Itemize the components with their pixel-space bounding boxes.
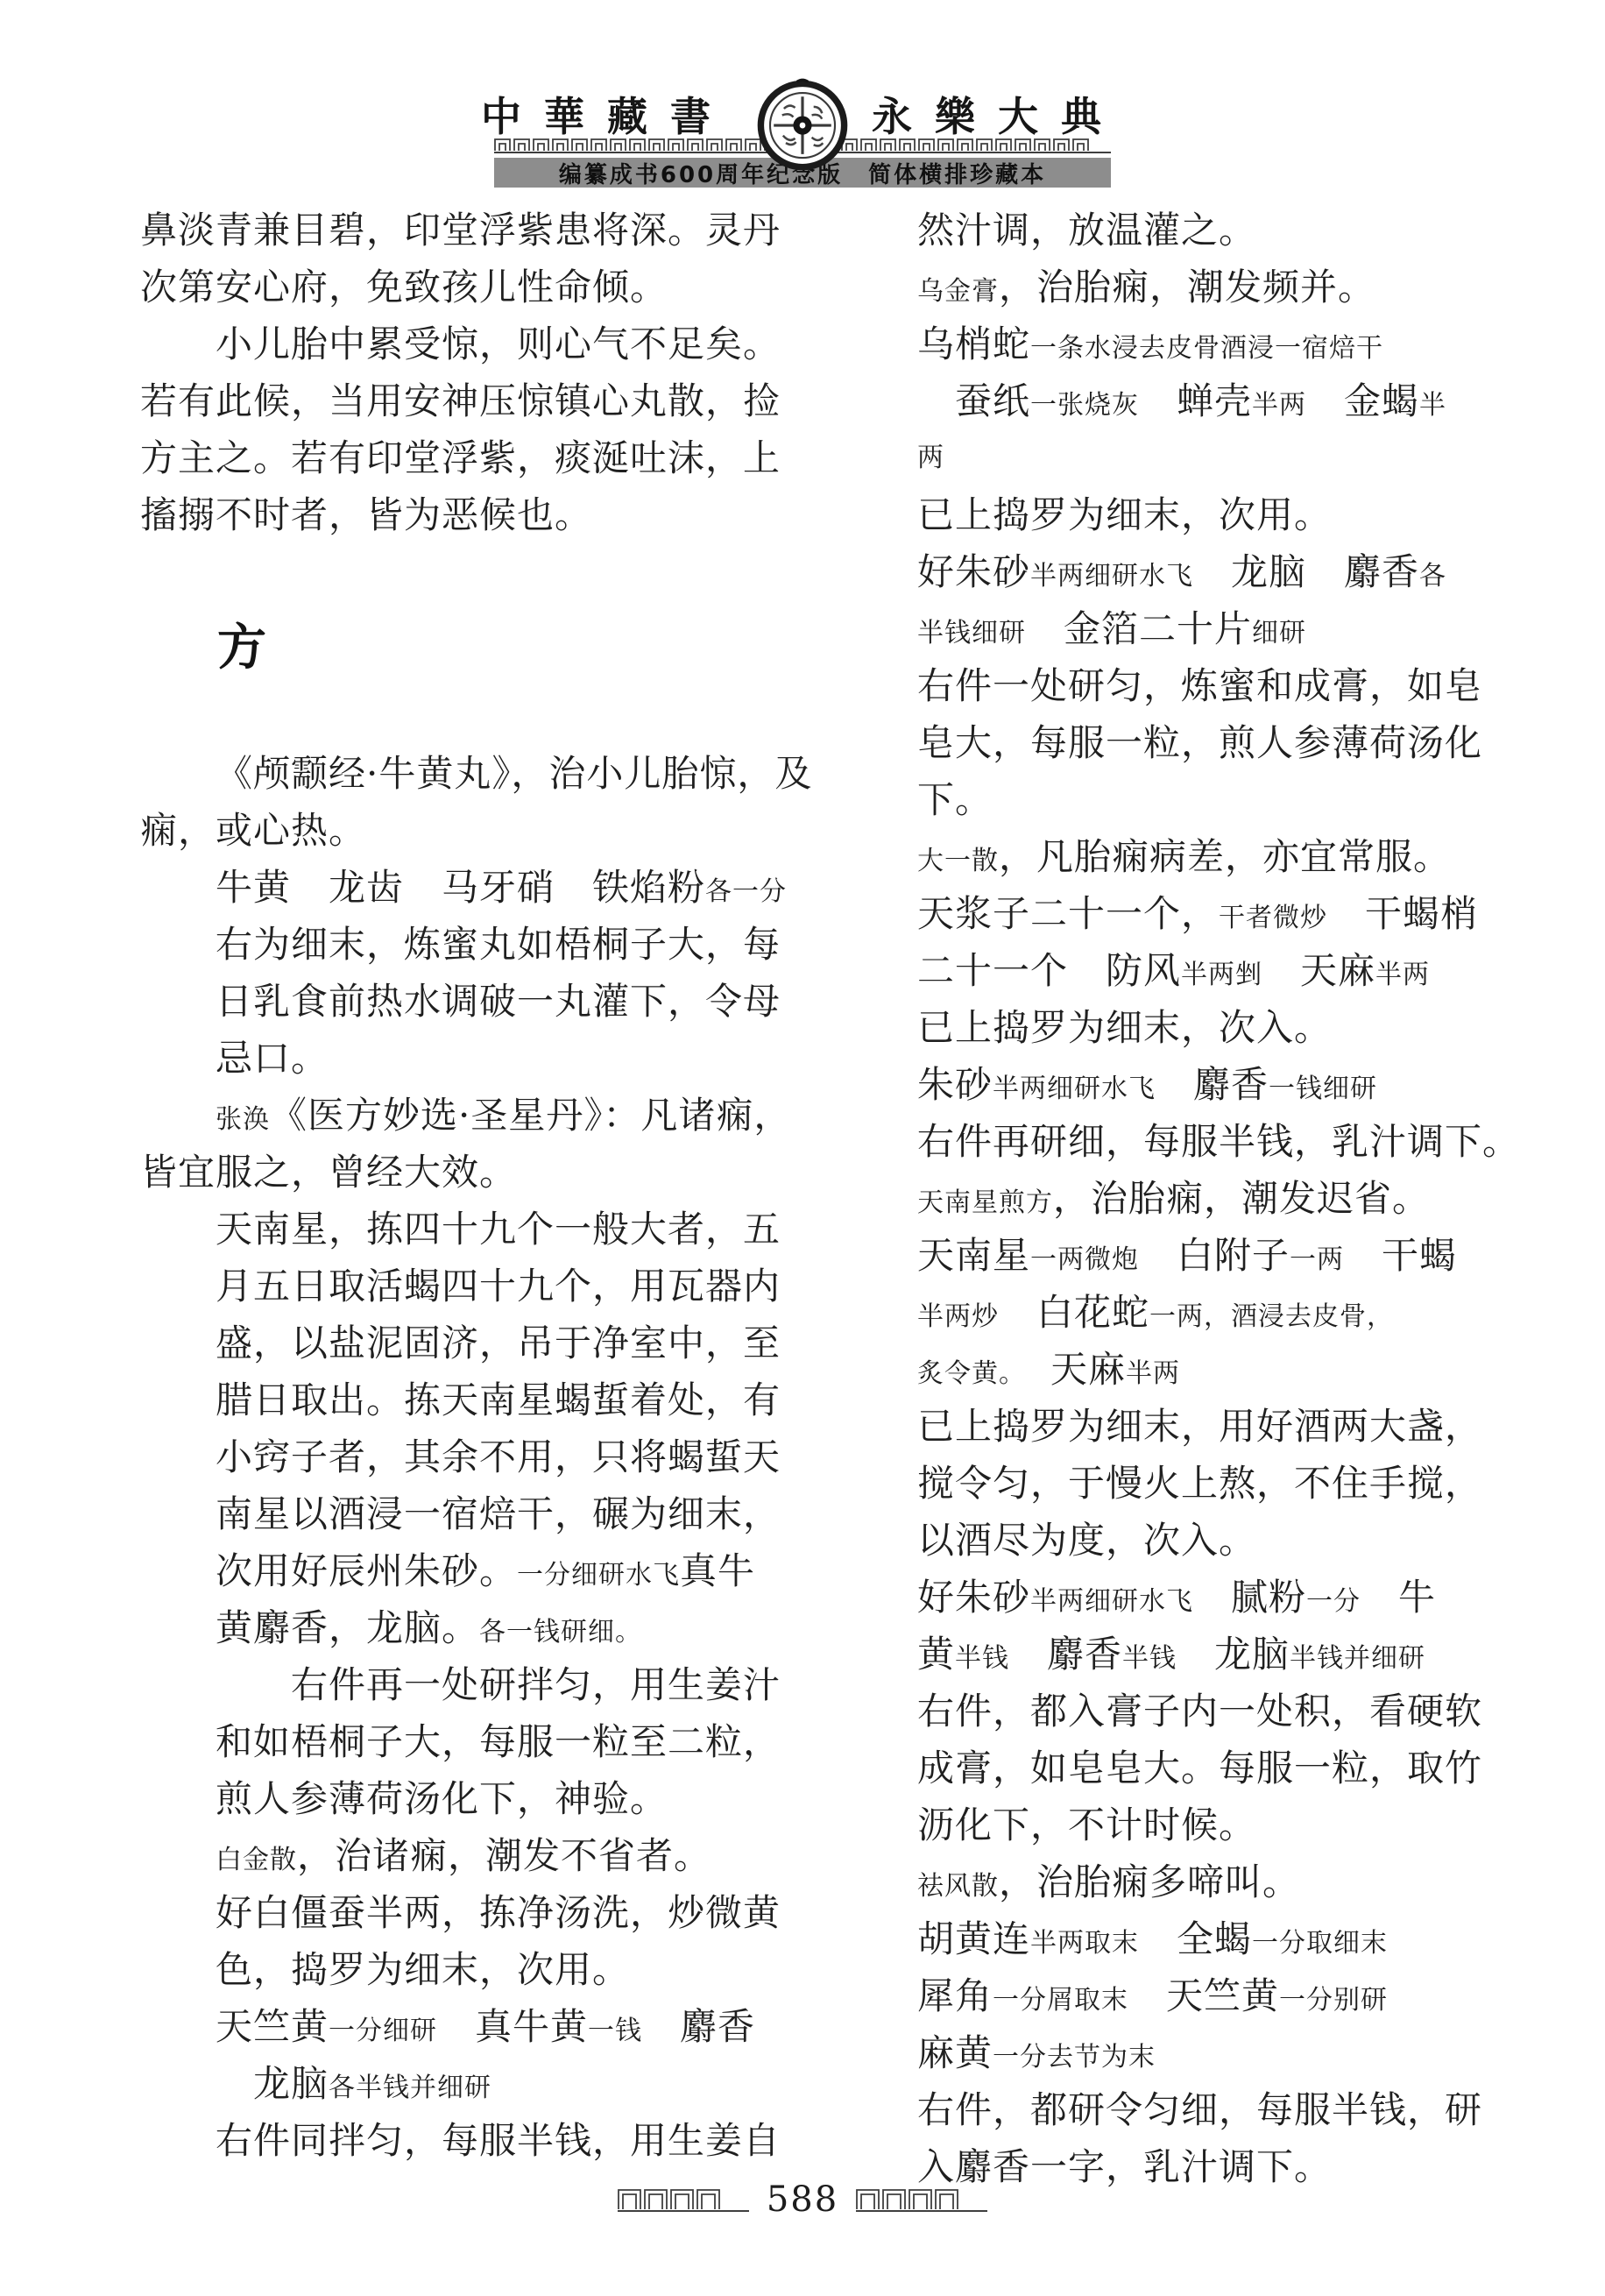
body-text: 牛黄 龙齿 马牙硝 铁焰粉 (216, 866, 705, 909)
annotation-text: 各半钱并细研 (329, 2073, 491, 2103)
annotation-text: 一分细研 (329, 2016, 437, 2046)
text-line: 朱砂半两细研水飞 麝香一钱细研 (917, 1056, 1506, 1113)
body-text: 搐搦不时者，皆为恶候也。 (140, 493, 592, 536)
body-text: 《医方妙选·圣星丹》：凡诸痫， (270, 1094, 791, 1137)
body-text: 南星以酒浸一宿焙干，碾为细末， (216, 1492, 781, 1535)
body-text: 麻黄 (917, 2031, 993, 2074)
text-line: 已上捣罗为细末，次用。 (917, 486, 1506, 543)
body-text: 好朱砂 (917, 550, 1030, 593)
body-text: 干蝎 (1344, 1234, 1457, 1277)
body-text: ，治诸痫，潮发不省者。 (297, 1834, 711, 1877)
text-line: 日乳食前热水调破一丸灌下，令母 (140, 973, 793, 1030)
body-text: 黄麝香，龙脑。 (216, 1606, 479, 1649)
text-line: 好朱砂半两细研水飞 龙脑 麝香各 (917, 543, 1506, 600)
body-text: 二十一个 防风 (917, 949, 1181, 992)
annotation-text: 半两炒 (917, 1301, 999, 1332)
text-line: 炙令黄。 天麻半两 (917, 1341, 1506, 1398)
page-footer: 588 (0, 2180, 1605, 2219)
body-text: 麝香 (1156, 1063, 1269, 1106)
text-line: 天南星煎方，治胎痫，潮发迟省。 (917, 1170, 1506, 1227)
body-text: 天竺黄 (1128, 1974, 1279, 2017)
text-line: 天南星，拣四十九个一般大者，五 (140, 1201, 793, 1258)
text-line: 两 (917, 429, 1506, 486)
body-text: 右件再一处研拌匀，用生姜汁 (291, 1663, 781, 1706)
text-line: 腊日取出。拣天南星蝎蜇着处，有 (140, 1371, 793, 1428)
body-text: 干蝎梢 (1327, 892, 1478, 935)
text-line: 张涣《医方妙选·圣星丹》：凡诸痫， (140, 1087, 793, 1144)
text-line: 已上捣罗为细末，次入。 (917, 999, 1506, 1056)
annotation-text: 半两剉 (1181, 960, 1262, 990)
text-line: 二十一个 防风半两剉 天麻半两 (917, 942, 1506, 999)
body-text: 天南星，拣四十九个一般大者，五 (216, 1208, 781, 1251)
text-column-right: 然汁调，放温灌之。乌金膏，治胎痫，潮发频并。乌梢蛇一条水浸去皮骨酒浸一宿焙干蚕纸… (917, 202, 1506, 2195)
annotation-text: 各 (1419, 561, 1446, 592)
annotation-text: 一分别研 (1279, 1985, 1388, 2016)
annotation-text: 各一分 (705, 876, 787, 907)
annotation-text: 一钱 (588, 2016, 642, 2046)
annotation-text: 细研 (1252, 618, 1306, 648)
body-text: ，治胎痫，潮发迟省。 (1053, 1177, 1430, 1220)
annotation-text: 半钱并细研 (1290, 1643, 1425, 1674)
body-text: 黄 (917, 1633, 955, 1676)
text-line: 煎人参薄荷汤化下，神验。 (140, 1770, 793, 1827)
annotation-text: 一分 (1306, 1586, 1361, 1617)
body-text: 腻粉 (1193, 1576, 1306, 1619)
annotation-text: 大一散 (917, 846, 999, 876)
body-text: 若有此候，当用安神压惊镇心丸散，捡 (140, 379, 781, 422)
body-text: 蝉壳 (1139, 379, 1252, 422)
text-line: 右件再研细，每服半钱，乳汁调下。 (917, 1113, 1506, 1170)
text-line: 犀角一分屑取末 天竺黄一分别研 (917, 1967, 1506, 2024)
body-text: 右为细末，炼蜜丸如梧桐子大，每 (216, 923, 781, 966)
text-line: 小儿胎中累受惊，则心气不足矣。 (140, 315, 793, 372)
body-text: ，凡胎痫病差，亦宜常服。 (999, 835, 1451, 878)
body-text: 皂大，每服一粒，煎人参薄荷汤化 (917, 721, 1482, 764)
book-header: 中華藏書 永樂大典 (0, 83, 1605, 180)
text-line: 搅令匀，于慢火上熬，不住手搅， (917, 1455, 1506, 1512)
body-text: 朱砂 (917, 1063, 993, 1106)
body-text: 天竺黄 (216, 2005, 329, 2048)
annotation-text: 白金散 (216, 1845, 297, 1875)
text-line: 龙脑各半钱并细研 (140, 2055, 793, 2112)
text-line: 皆宜服之，曾经大效。 (140, 1144, 793, 1201)
body-text: 盛，以盐泥固济，吊于净室中，至 (216, 1322, 781, 1364)
text-line: 白金散，治诸痫，潮发不省者。 (140, 1827, 793, 1884)
text-line: 胡黄连半两取末 全蝎一分取细末 (917, 1910, 1506, 1967)
text-line: 次第安心府，免致孩儿性命倾。 (140, 259, 793, 315)
body-text: 已上捣罗为细末，次入。 (917, 1006, 1332, 1049)
body-text: 右件，都入膏子内一处积，看硬软 (917, 1690, 1482, 1733)
annotation-text: 一两 (1290, 1244, 1344, 1275)
text-line: 下。 (917, 771, 1506, 828)
body-text: 痫，或心热。 (140, 809, 366, 852)
annotation-text: 半两细研水飞 (1030, 561, 1193, 592)
body-text: 右件再研细，每服半钱，乳汁调下。 (917, 1120, 1520, 1163)
body-text: 牛 (1361, 1576, 1436, 1619)
annotation-text: 半钱 (1122, 1643, 1177, 1674)
body-text: 日乳食前热水调破一丸灌下，令母 (216, 980, 781, 1023)
page-number: 588 (767, 2180, 838, 2219)
text-line: 然汁调，放温灌之。 (917, 202, 1506, 259)
text-line: 《颅颥经·牛黄丸》，治小儿胎惊，及 (140, 745, 793, 802)
annotation-text: 祛风散 (917, 1871, 999, 1902)
annotation-text: 半两 (1126, 1358, 1180, 1389)
body-text: 全蝎 (1139, 1917, 1252, 1960)
scroll-meander-right-icon (856, 2187, 987, 2212)
annotation-text: 各一钱研细。 (479, 1617, 642, 1648)
body-text: 金蝎 (1306, 379, 1419, 422)
body-text: 然汁调，放温灌之。 (917, 209, 1256, 252)
body-text: 好朱砂 (917, 1576, 1030, 1619)
annotation-text: 一分去节为末 (993, 2042, 1156, 2073)
text-line: 乌梢蛇一条水浸去皮骨酒浸一宿焙干 (917, 315, 1506, 372)
section-heading-text: 方 (217, 609, 270, 679)
text-line: 以酒尽为度，次入。 (917, 1512, 1506, 1569)
text-line: 右件一处研匀，炼蜜和成膏，如皂 (917, 657, 1506, 714)
body-text: 天麻 (1262, 949, 1375, 992)
scanned-book-page: { "page": { "width": 1832, "height": 262… (0, 0, 1605, 2296)
body-text: 腊日取出。拣天南星蝎蜇着处，有 (216, 1378, 781, 1421)
body-text: 好白僵蚕半两，拣净汤洗，炒微黄 (216, 1891, 781, 1934)
annotation-text: 一分屑取末 (993, 1985, 1128, 2016)
text-line: 右件同拌匀，每服半钱，用生姜自 (140, 2112, 793, 2169)
body-text: 和如梧桐子大，每服一粒至二粒， (216, 1720, 781, 1763)
body-text: 忌口。 (216, 1037, 329, 1080)
text-line: 乌金膏，治胎痫，潮发频并。 (917, 259, 1506, 315)
text-line: 麻黄一分去节为末 (917, 2024, 1506, 2081)
body-text: 犀角 (917, 1974, 993, 2017)
body-text: 沥化下，不计时候。 (917, 1803, 1256, 1846)
text-line: 次用好辰州朱砂。一分细研水飞真牛 (140, 1542, 793, 1599)
text-line: 月五日取活蝎四十九个，用瓦器内 (140, 1258, 793, 1315)
body-text: 已上捣罗为细末，次用。 (917, 493, 1332, 536)
text-line: 痫，或心热。 (140, 802, 793, 859)
text-line: 右件再一处研拌匀，用生姜汁 (140, 1656, 793, 1713)
text-line: 好白僵蚕半两，拣净汤洗，炒微黄 (140, 1884, 793, 1941)
text-line: 好朱砂半两细研水飞 腻粉一分 牛 (917, 1569, 1506, 1626)
annotation-text: 一条水浸去皮骨酒浸一宿焙干 (1030, 333, 1383, 364)
text-line: 黄半钱 麝香半钱 龙脑半钱并细研 (917, 1626, 1506, 1683)
text-line: 若有此候，当用安神压惊镇心丸散，捡 (140, 372, 793, 429)
body-text: 下。 (917, 778, 993, 821)
text-line: 成膏，如皂皂大。每服一粒，取竹 (917, 1740, 1506, 1796)
body-text: 龙脑 麝香 (1193, 550, 1419, 593)
body-text: 天浆子二十一个， (917, 892, 1219, 935)
text-line: 蚕纸一张烧灰 蝉壳半两 金蝎半 (917, 372, 1506, 429)
text-line: 黄麝香，龙脑。各一钱研细。 (140, 1599, 793, 1656)
body-text: 麝香 (642, 2005, 755, 2048)
annotation-text: 一两微炮 (1030, 1244, 1139, 1275)
text-line: 天南星一两微炮 白附子一两 干蝎 (917, 1227, 1506, 1284)
annotation-text: 干者微炒 (1219, 903, 1327, 933)
text-line: 忌口。 (140, 1030, 793, 1087)
body-text: 皆宜服之，曾经大效。 (140, 1151, 517, 1194)
text-line: 大一散，凡胎痫病差，亦宜常服。 (917, 828, 1506, 885)
text-line: 南星以酒浸一宿焙干，碾为细末， (140, 1485, 793, 1542)
annotation-text: 半两细研水飞 (993, 1074, 1156, 1104)
body-text: 天南星 (917, 1234, 1030, 1277)
scroll-meander-left-icon (618, 2187, 749, 2212)
text-line: 右件，都入膏子内一处积，看硬软 (917, 1683, 1506, 1740)
annotation-text: 一两，酒浸去皮骨， (1149, 1301, 1394, 1332)
text-column-left: 鼻淡青兼目碧，印堂浮紫患将深。灵丹次第安心府，免致孩儿性命倾。小儿胎中累受惊，则… (140, 202, 793, 2169)
text-line: 搐搦不时者，皆为恶候也。 (140, 486, 793, 543)
body-text: 麝香 (1009, 1633, 1122, 1676)
annotation-text: 天南星煎方 (917, 1187, 1053, 1218)
text-line: 祛风散，治胎痫多啼叫。 (917, 1853, 1506, 1910)
annotation-text: 半 (1419, 390, 1446, 421)
body-text: 乌梢蛇 (917, 322, 1030, 365)
body-text: 白花蛇 (999, 1291, 1149, 1334)
book-title: 永樂大典 (872, 90, 1124, 143)
body-text: 真牛黄 (437, 2005, 588, 2048)
annotation-text: 乌金膏 (917, 276, 999, 307)
text-line: 和如梧桐子大，每服一粒至二粒， (140, 1713, 793, 1770)
body-text: 以酒尽为度，次入。 (917, 1519, 1256, 1562)
annotation-text: 半钱 (955, 1643, 1009, 1674)
body-text: ，治胎痫，潮发频并。 (999, 266, 1375, 308)
body-text: 胡黄连 (917, 1917, 1030, 1960)
annotation-text: 半两 (1375, 960, 1430, 990)
body-text: 月五日取活蝎四十九个，用瓦器内 (216, 1265, 781, 1307)
annotation-text: 张涣 (216, 1104, 270, 1135)
body-text: 搅令匀，于慢火上熬，不住手搅， (917, 1462, 1482, 1505)
text-line: 沥化下，不计时候。 (917, 1796, 1506, 1853)
annotation-text: 一张烧灰 (1030, 390, 1139, 421)
body-text: 次用好辰州朱砂。 (216, 1549, 517, 1592)
text-line: 小窍子者，其余不用，只将蝎蜇天 (140, 1428, 793, 1485)
body-text: 鼻淡青兼目碧，印堂浮紫患将深。灵丹 (140, 209, 781, 252)
yongle-coin-seal-icon (756, 76, 849, 173)
text-line: 半钱细研 金箔二十片细研 (917, 600, 1506, 657)
body-text: 成膏，如皂皂大。每服一粒，取竹 (917, 1747, 1482, 1789)
body-text: 白附子 (1139, 1234, 1290, 1277)
body-text: ，治胎痫多啼叫。 (999, 1860, 1300, 1903)
body-text: 右件一处研匀，炼蜜和成膏，如皂 (917, 664, 1482, 707)
text-line: 已上捣罗为细末，用好酒两大盏， (917, 1398, 1506, 1455)
text-line: 皂大，每服一粒，煎人参薄荷汤化 (917, 714, 1506, 771)
text-line: 色，捣罗为细末，次用。 (140, 1941, 793, 1998)
series-title: 中華藏書 (481, 90, 733, 143)
annotation-text: 半两细研水飞 (1030, 1586, 1193, 1617)
body-text: 真牛 (680, 1549, 755, 1592)
body-text: 蚕纸 (955, 379, 1030, 422)
annotation-text: 半两取末 (1030, 1928, 1139, 1959)
text-line: 天浆子二十一个，干者微炒 干蝎梢 (917, 885, 1506, 942)
body-text: 色，捣罗为细末，次用。 (216, 1948, 630, 1991)
annotation-text: 一分取细末 (1252, 1928, 1388, 1959)
annotation-text: 一分细研水飞 (517, 1560, 680, 1591)
body-text: 龙脑 (253, 2062, 329, 2105)
text-line: 天竺黄一分细研 真牛黄一钱 麝香 (140, 1998, 793, 2055)
body-text: 煎人参薄荷汤化下，神验。 (216, 1777, 668, 1820)
body-text: 小窍子者，其余不用，只将蝎蜇天 (216, 1435, 781, 1478)
body-text: 方主之。若有印堂浮紫，痰涎吐沫，上 (140, 436, 781, 479)
text-line: 半两炒 白花蛇一两，酒浸去皮骨， (917, 1284, 1506, 1341)
text-line: 鼻淡青兼目碧，印堂浮紫患将深。灵丹 (140, 202, 793, 259)
text-line: 牛黄 龙齿 马牙硝 铁焰粉各一分 (140, 859, 793, 916)
annotation-text: 半钱细研 (917, 618, 1026, 648)
body-text: 天麻 (1013, 1348, 1126, 1391)
annotation-text: 半两 (1252, 390, 1306, 421)
body-text: 右件同拌匀，每服半钱，用生姜自 (216, 2119, 781, 2162)
text-line: 右为细末，炼蜜丸如梧桐子大，每 (140, 916, 793, 973)
annotation-text: 两 (917, 443, 944, 473)
text-line: 方主之。若有印堂浮紫，痰涎吐沫，上 (140, 429, 793, 486)
body-text: 右件，都研令匀细，每服半钱，研 (917, 2088, 1482, 2131)
text-line: 盛，以盐泥固济，吊于净室中，至 (140, 1315, 793, 1371)
text-line: 右件，都研令匀细，每服半钱，研 (917, 2081, 1506, 2138)
annotation-text: 炙令黄。 (917, 1358, 1013, 1389)
annotation-text: 一钱细研 (1269, 1074, 1377, 1104)
body-text: 次第安心府，免致孩儿性命倾。 (140, 266, 668, 308)
body-text: 龙脑 (1177, 1633, 1290, 1676)
body-text: 已上捣罗为细末，用好酒两大盏， (917, 1405, 1482, 1448)
body-text: 小儿胎中累受惊，则心气不足矣。 (216, 322, 781, 365)
section-heading: 方 (140, 543, 793, 745)
body-text: 《颅颥经·牛黄丸》，治小儿胎惊，及 (216, 752, 812, 795)
body-text: 金箔二十片 (1026, 607, 1252, 650)
